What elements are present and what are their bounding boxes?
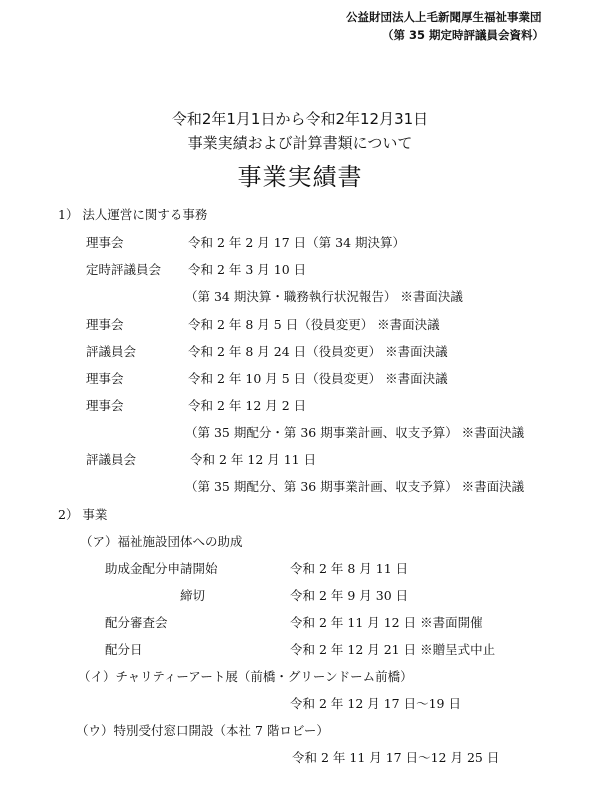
- item-name: 理事会: [86, 396, 124, 414]
- item-note: （第 35 期配分、第 36 期事業計画、収支予算） ※書面決議: [185, 477, 524, 495]
- document-subtitle: （第 35 期定時評議員会資料）: [382, 27, 544, 43]
- item-date: 令和 2 年 12 月 21 日 ※贈呈式中止: [290, 640, 495, 658]
- period-heading: 令和2年1月1日から令和2年12月31日: [0, 108, 600, 129]
- page-title: 事業実績書: [0, 157, 600, 192]
- subsection-b-date: 令和 2 年 12 月 17 日～19 日: [290, 694, 461, 712]
- section-2-heading: 2） 事業: [58, 505, 107, 523]
- subject-heading: 事業実績および計算書類について: [0, 132, 600, 153]
- item-date: 令和 2 年 8 月 5 日（役員変更） ※書面決議: [188, 315, 440, 333]
- item-date: 令和 2 年 12 月 11 日: [190, 450, 316, 468]
- item-date: 令和 2 年 10 月 5 日（役員変更） ※書面決議: [188, 369, 448, 387]
- item-name: 定時評議員会: [86, 260, 161, 278]
- item-name: 理事会: [86, 369, 124, 387]
- item-note: （第 34 期決算・職務執行状況報告） ※書面決議: [185, 287, 463, 305]
- item-date: 令和 2 年 12 月 2 日: [188, 396, 306, 414]
- organization-name: 公益財団法人上毛新聞厚生福祉事業団: [346, 9, 542, 25]
- item-date: 令和 2 年 11 月 12 日 ※書面開催: [290, 613, 483, 631]
- item-name: 評議員会: [86, 342, 136, 360]
- item-date: 令和 2 年 8 月 24 日（役員変更） ※書面決議: [188, 342, 448, 360]
- item-name: 助成金配分申請開始: [105, 559, 218, 577]
- subsection-c-heading: （ウ）特別受付窓口開設（本社 7 階ロビー）: [76, 721, 329, 739]
- item-note: （第 35 期配分・第 36 期事業計画、収支予算） ※書面決議: [185, 423, 524, 441]
- subsection-a-heading: （ア）福祉施設団体への助成: [80, 532, 243, 550]
- item-date: 令和 2 年 3 月 10 日: [188, 260, 306, 278]
- item-name: 配分審査会: [105, 613, 168, 631]
- item-name: 理事会: [86, 315, 124, 333]
- subsection-b-heading: （イ）チャリティーアート展（前橋・グリーンドーム前橋）: [78, 667, 413, 685]
- item-name: 理事会: [86, 233, 124, 251]
- item-name: 締切: [180, 586, 205, 604]
- section-1-heading: 1） 法人運営に関する事務: [58, 205, 207, 223]
- item-name: 評議員会: [86, 450, 136, 468]
- item-date: 令和 2 年 9 月 30 日: [290, 586, 408, 604]
- item-date: 令和 2 年 2 月 17 日（第 34 期決算）: [188, 233, 405, 251]
- item-name: 配分日: [105, 640, 143, 658]
- item-date: 令和 2 年 8 月 11 日: [290, 559, 408, 577]
- subsection-c-date: 令和 2 年 11 月 17 日～12 月 25 日: [292, 748, 499, 766]
